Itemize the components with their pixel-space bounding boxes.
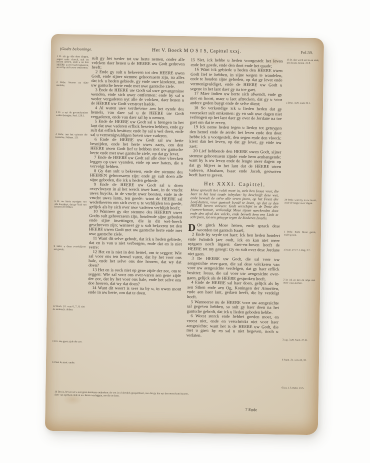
margin-note: 2 D. ick en kan dit ampt niet meer waer-… <box>283 279 315 285</box>
margin-note: 15 D. den wech ten leven ende ten doode.… <box>287 59 319 65</box>
verse-text: 2 Ende hy seyde tot haer: Ick ben heden … <box>188 232 280 257</box>
verse-text: 3 De HEERE uw Godt, die sal voor uw aeng… <box>187 256 279 281</box>
left-margin-notes: 1 D. als gy alle dese dingen, segen ende… <box>51 55 87 405</box>
page-content: (Godts belooninge. Het V. Boeck M O S I … <box>45 34 324 435</box>
verse-text: 12 Het en is niet in den hemel, om te se… <box>88 249 181 268</box>
book-page: (Godts belooninge. Het V. Boeck M O S I … <box>45 34 324 435</box>
margin-note: 2 Hebr. hooren na sijne stemme. <box>56 81 88 87</box>
margin-note: 3 D. u uyt de gevanckenisse weder-brenge… <box>56 111 88 117</box>
text-columns: 1 D. als gy alle dese dingen, segen ende… <box>45 51 324 409</box>
right-margin-notes: 15 D. den wech ten leven ende ten doode.… <box>281 59 317 409</box>
margin-note: 4 Num. 21. vers 24, 33. <box>282 359 314 362</box>
verse-text: 2 Ende gy sult u bekeeren tot den HEERE … <box>91 70 184 89</box>
margin-note: 6 D. uw herte reynigen van alle boosheyt… <box>54 200 86 209</box>
chapter-heading: Het XXXI. Capittel. <box>189 181 281 187</box>
chapter-argument: Mose spreeckt het volck moet in, stelt h… <box>190 189 278 221</box>
margin-note: a Num. 27.17. 1.Reg. 3.7. <box>284 249 316 252</box>
verse-text: 18 So verkondige ick u lieden heden dat … <box>190 106 282 127</box>
verse-text: 5 Ende de HEERE uw Godt sal u brengen in… <box>91 119 184 138</box>
right-text-column: 15 Siet, ick hebbe u heden voorgestelt h… <box>185 58 282 401</box>
folio-number: Fol.59. <box>301 50 313 55</box>
margin-note: 20 Hebr. want hy is uw leven, ende de le… <box>284 199 316 205</box>
verse-text: 13 Het en is oock niet op gene zijde der… <box>88 267 181 286</box>
verse-text: 4 Ende de HEERE sal haer doen, gelijck a… <box>187 280 279 301</box>
margin-note: 13 D. aen gene zijde der zee. <box>52 340 84 343</box>
margin-note: 9 Hebr. u doen over-blijven ten goede. <box>54 245 86 251</box>
verse-text: 6 Ende de HEERE uw Godt sal uw herte bes… <box>90 137 183 156</box>
verse-text: 9 Ende de HEERE uw Godt sal u doen overv… <box>89 182 182 210</box>
photo-background: (Godts belooninge. Het V. Boeck M O S I … <box>0 0 370 463</box>
verse-text: 16 Want ick gebiede u heden den HEERE uw… <box>190 67 282 92</box>
verse-text: 20 Lief hebbende den HEERE uwen Godt, si… <box>189 149 281 179</box>
margin-note: 6 Ios. 1.5. Hebr. 13.5. <box>282 387 314 390</box>
left-text-column: sult gy het weder tot uw herte nemen, on… <box>87 56 185 387</box>
verse-text: 3 Ende de HEERE uw Godt sal uwe gevangen… <box>91 88 184 107</box>
verse-text: 6 Weest sterck ende hebbet goeden moet, … <box>186 314 278 339</box>
margin-note: a Deut. 4.26. ende 32.1. <box>286 102 318 105</box>
verse-text: 19 Ick neme heden tegen u lieden tot get… <box>189 125 281 150</box>
margin-note: 1 D. als gy alle dese dingen, segen ende… <box>57 55 89 69</box>
margin-note: 14 Siet de aent. onder. <box>52 361 84 364</box>
catchword: 7 Ende <box>245 407 257 412</box>
margin-note: 12 Rom. 10. vers 6, 7, 8. siet de aentee… <box>53 305 85 311</box>
verse-text: 14 Want dit woort is seer na by u, in uw… <box>88 285 181 295</box>
margin-note: 3 cap. 3.28. Num. 27.21. <box>282 339 314 342</box>
margin-note: 4 Hebr. aen het uyterste der hemelen. Ne… <box>55 133 87 139</box>
verse-text: 10 Wanneer gy der stemme des HEEREN uwes… <box>89 209 182 237</box>
margin-note: 1 Hebr. Ende Mose ginck, ende sprack. <box>284 231 316 237</box>
header-left-caption: (Godts belooninge. <box>60 47 93 52</box>
